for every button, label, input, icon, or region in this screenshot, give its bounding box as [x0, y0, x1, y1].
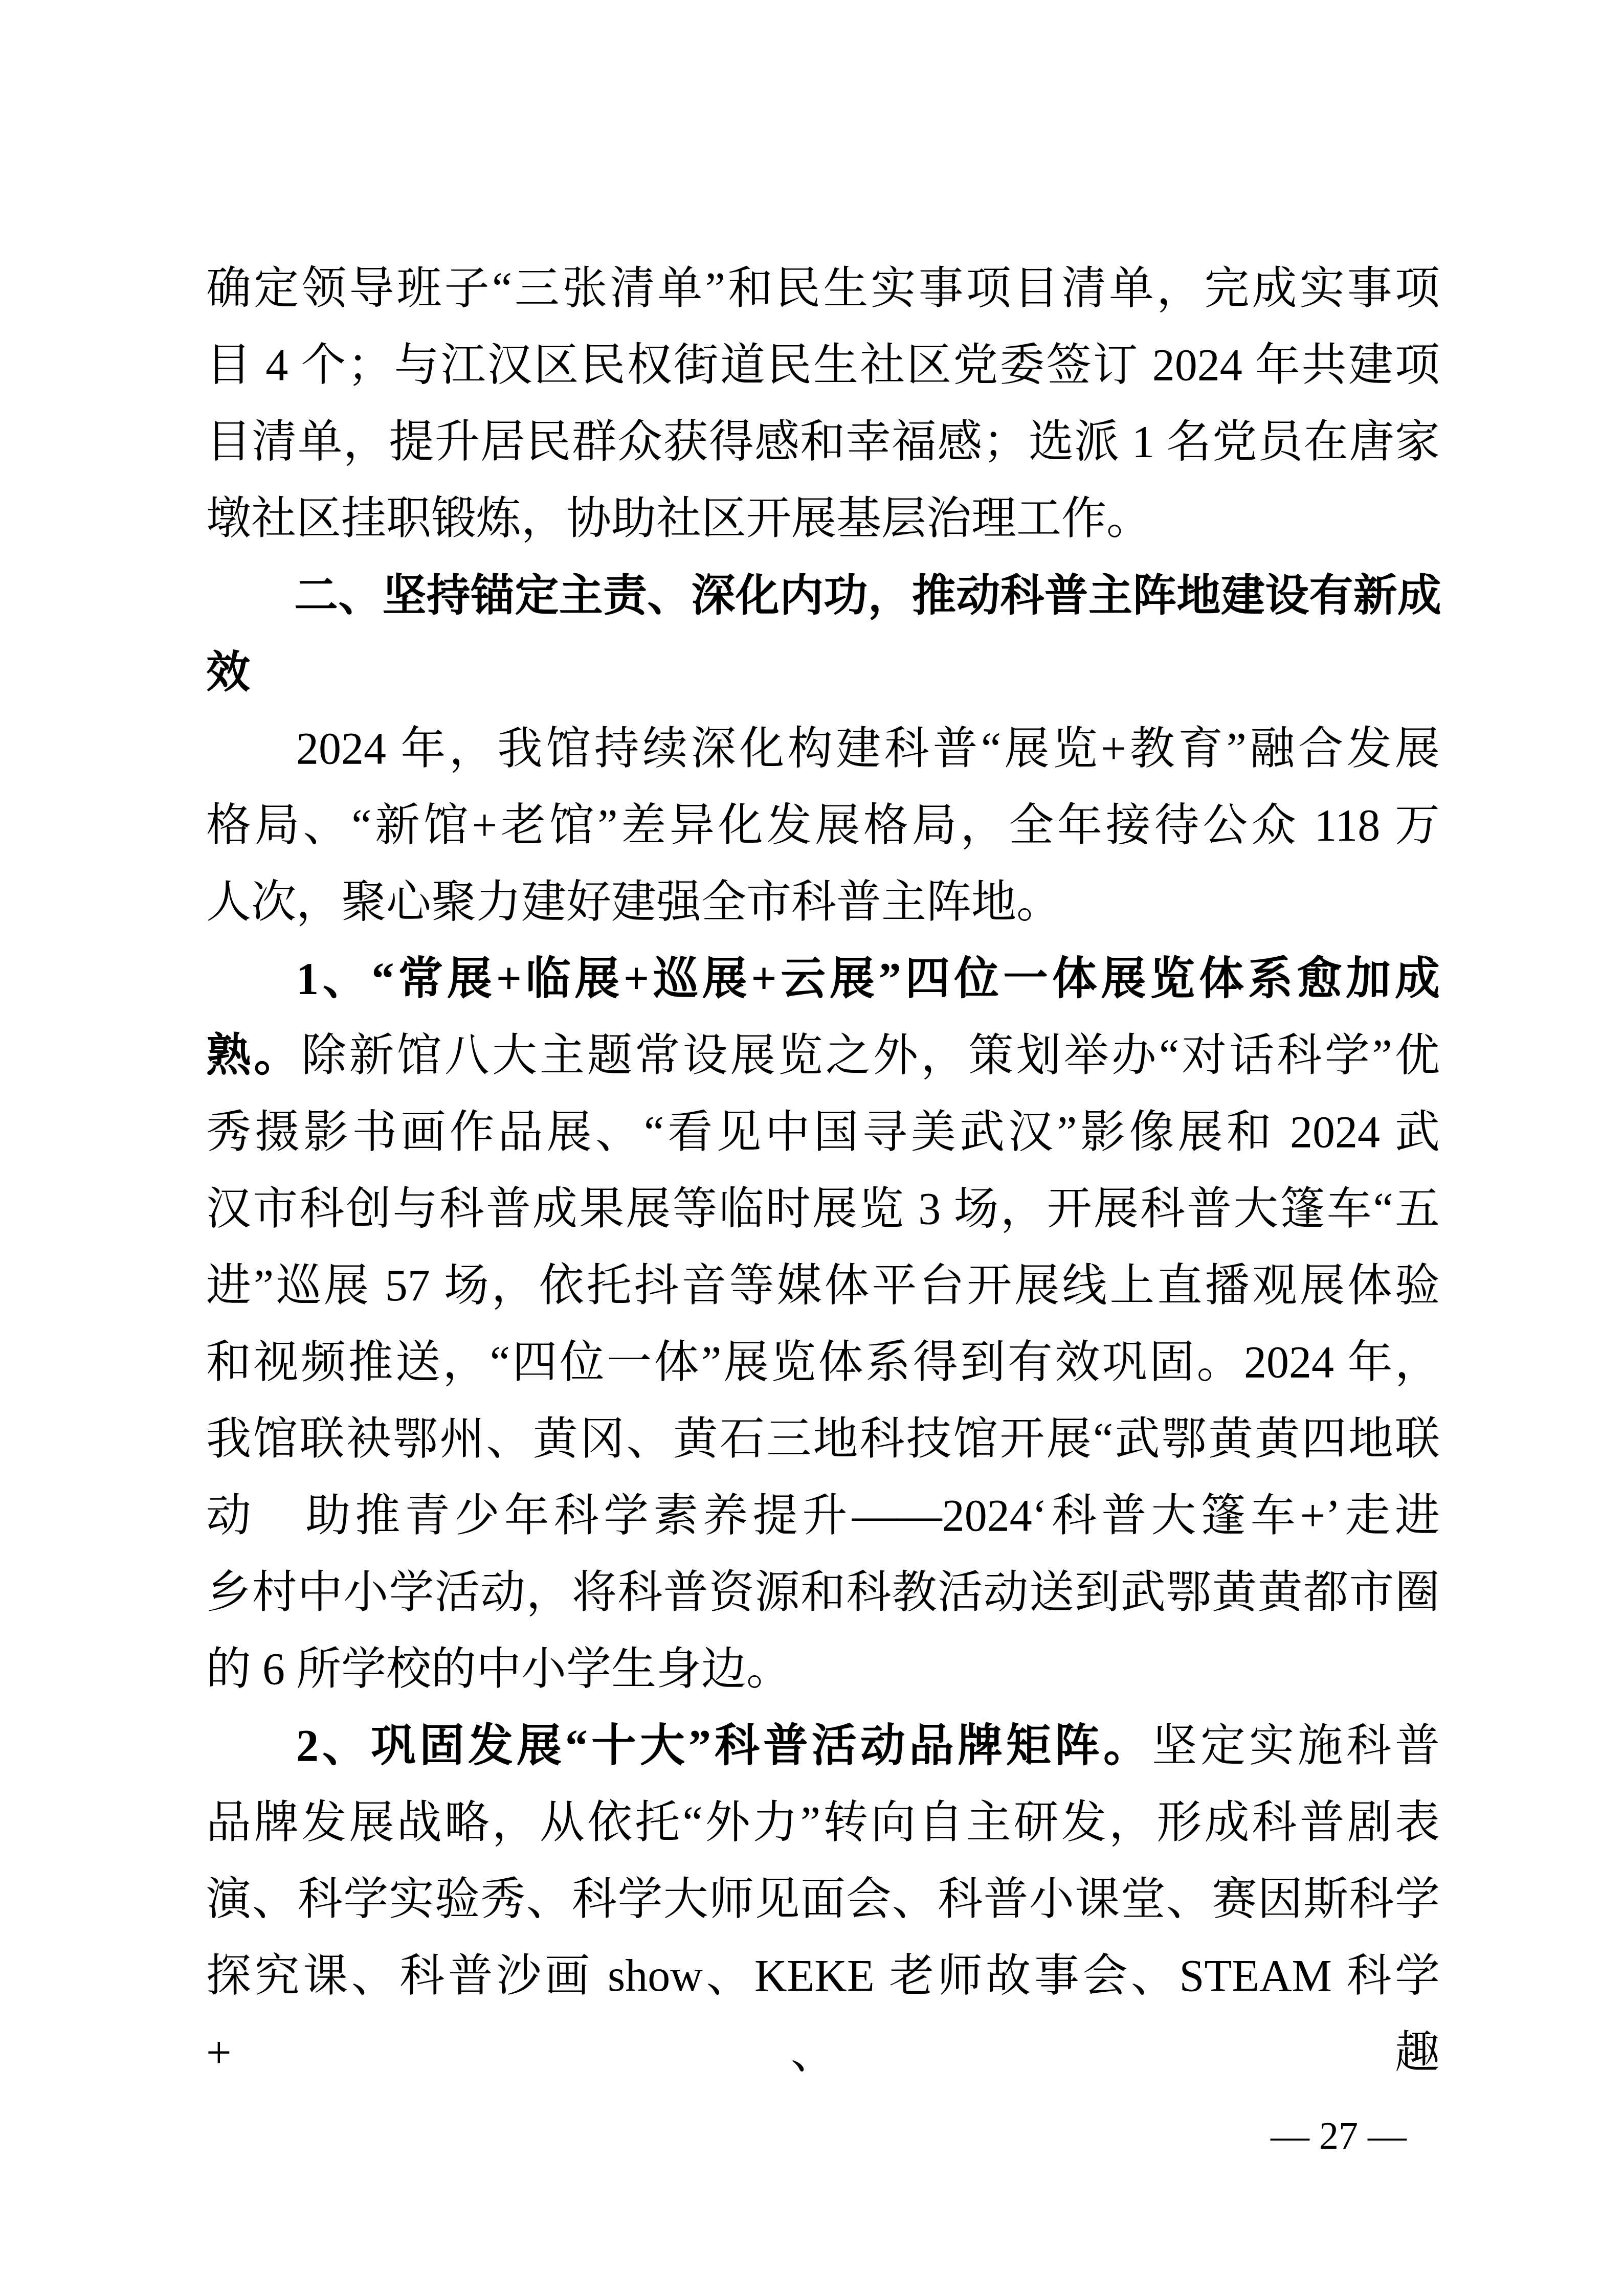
- text-segment: 人次，聚心聚力建好建强全市科普主阵地。: [206, 877, 1061, 927]
- text-line: 熟。除新馆八大主题常设展览之外，策划举办“对话科学”优: [206, 1018, 1440, 1094]
- text-segment: 二、坚持锚定主责、深化内功，推动科普主阵地建设有新成: [294, 571, 1440, 620]
- text-line: 墩社区挂职锻炼，协助社区开展基层治理工作。: [206, 481, 1440, 557]
- text-line: 二、坚持锚定主责、深化内功，推动科普主阵地建设有新成: [206, 557, 1440, 634]
- page-number: — 27 —: [1271, 2114, 1407, 2157]
- text-segment: 坚定实施科普: [1152, 1721, 1440, 1771]
- text-line: 品牌发展战略，从依托“外力”转向自主研发，形成科普剧表: [206, 1785, 1440, 1861]
- text-segment: 2、巩固发展“十大”科普活动品牌矩阵。: [296, 1721, 1152, 1771]
- text-segment: 我馆联袂鄂州、黄冈、黄石三地科技馆开展“武鄂黄黄四地联: [206, 1414, 1440, 1464]
- text-segment: 熟。: [206, 1031, 301, 1081]
- text-segment: 进”巡展 57 场，依托抖音等媒体平台开展线上直播观展体验: [206, 1261, 1440, 1311]
- text-segment: 格局、“新馆+老馆”差异化发展格局，全年接待公众 118 万: [206, 801, 1440, 850]
- text-line: 和视频推送，“四位一体”展览体系得到有效巩固。2024 年，: [206, 1324, 1440, 1401]
- text-line: 汉市科创与科普成果展等临时展览 3 场，开展科普大篷车“五: [206, 1171, 1440, 1248]
- text-segment: 确定领导班子“三张清单”和民生实事项目清单，完成实事项: [206, 264, 1440, 313]
- text-segment: 的 6 所学校的中小学生身边。: [206, 1645, 791, 1694]
- page-footer: — 27 —: [1232, 2052, 1407, 2108]
- text-line: 格局、“新馆+老馆”差异化发展格局，全年接待公众 118 万: [206, 787, 1440, 864]
- text-segment: 1、“常展+临展+巡展+云展”四位一体展览体系愈加成: [296, 954, 1440, 1004]
- text-block: 确定领导班子“三张清单”和民生实事项目清单，完成实事项目 4 个；与江汉区民权街…: [206, 251, 1440, 2015]
- text-segment: 汉市科创与科普成果展等临时展览 3 场，开展科普大篷车“五: [206, 1184, 1440, 1234]
- text-segment: 除新馆八大主题常设展览之外，策划举办“对话科学”优: [301, 1031, 1440, 1081]
- text-line: 的 6 所学校的中小学生身边。: [206, 1631, 1440, 1708]
- text-line: 探究课、科普沙画 show、KEKE 老师故事会、STEAM 科学+、趣: [206, 1938, 1440, 2015]
- text-segment: 动 助推青少年科学素养提升——2024‘科普大篷车+’走进: [206, 1491, 1440, 1541]
- text-line: 2、巩固发展“十大”科普活动品牌矩阵。坚定实施科普: [206, 1708, 1440, 1785]
- text-line: 效: [206, 634, 1440, 711]
- text-line: 动 助推青少年科学素养提升——2024‘科普大篷车+’走进: [206, 1478, 1440, 1555]
- text-segment: 乡村中小学活动，将科普资源和科教活动送到武鄂黄黄都市圈: [206, 1568, 1440, 1617]
- text-segment: 演、科学实验秀、科学大师见面会、科普小课堂、赛因斯科学: [206, 1875, 1440, 1924]
- text-line: 确定领导班子“三张清单”和民生实事项目清单，完成实事项: [206, 251, 1440, 327]
- text-segment: 品牌发展战略，从依托“外力”转向自主研发，形成科普剧表: [206, 1798, 1440, 1848]
- text-line: 进”巡展 57 场，依托抖音等媒体平台开展线上直播观展体验: [206, 1248, 1440, 1324]
- text-segment: 2024 年，我馆持续深化构建科普“展览+教育”融合发展: [296, 724, 1440, 774]
- text-line: 1、“常展+临展+巡展+云展”四位一体展览体系愈加成: [206, 941, 1440, 1018]
- text-segment: 目清单，提升居民群众获得感和幸福感；选派 1 名党员在唐家: [206, 417, 1440, 467]
- text-line: 秀摄影书画作品展、“看见中国寻美武汉”影像展和 2024 武: [206, 1094, 1440, 1171]
- text-line: 我馆联袂鄂州、黄冈、黄石三地科技馆开展“武鄂黄黄四地联: [206, 1401, 1440, 1478]
- text-line: 人次，聚心聚力建好建强全市科普主阵地。: [206, 864, 1440, 941]
- text-line: 目清单，提升居民群众获得感和幸福感；选派 1 名党员在唐家: [206, 404, 1440, 481]
- document-page: 确定领导班子“三张清单”和民生实事项目清单，完成实事项目 4 个；与江汉区民权街…: [0, 0, 1624, 2296]
- text-segment: 和视频推送，“四位一体”展览体系得到有效巩固。2024 年，: [206, 1338, 1440, 1387]
- text-line: 2024 年，我馆持续深化构建科普“展览+教育”融合发展: [206, 711, 1440, 787]
- text-segment: 秀摄影书画作品展、“看见中国寻美武汉”影像展和 2024 武: [206, 1108, 1440, 1157]
- text-segment: 墩社区挂职锻炼，协助社区开展基层治理工作。: [206, 494, 1151, 544]
- text-segment: 目 4 个；与江汉区民权街道民生社区党委签订 2024 年共建项: [206, 341, 1440, 390]
- text-line: 乡村中小学活动，将科普资源和科教活动送到武鄂黄黄都市圈: [206, 1555, 1440, 1631]
- text-line: 目 4 个；与江汉区民权街道民生社区党委签订 2024 年共建项: [206, 327, 1440, 404]
- text-segment: 效: [206, 648, 249, 697]
- text-line: 演、科学实验秀、科学大师见面会、科普小课堂、赛因斯科学: [206, 1861, 1440, 1938]
